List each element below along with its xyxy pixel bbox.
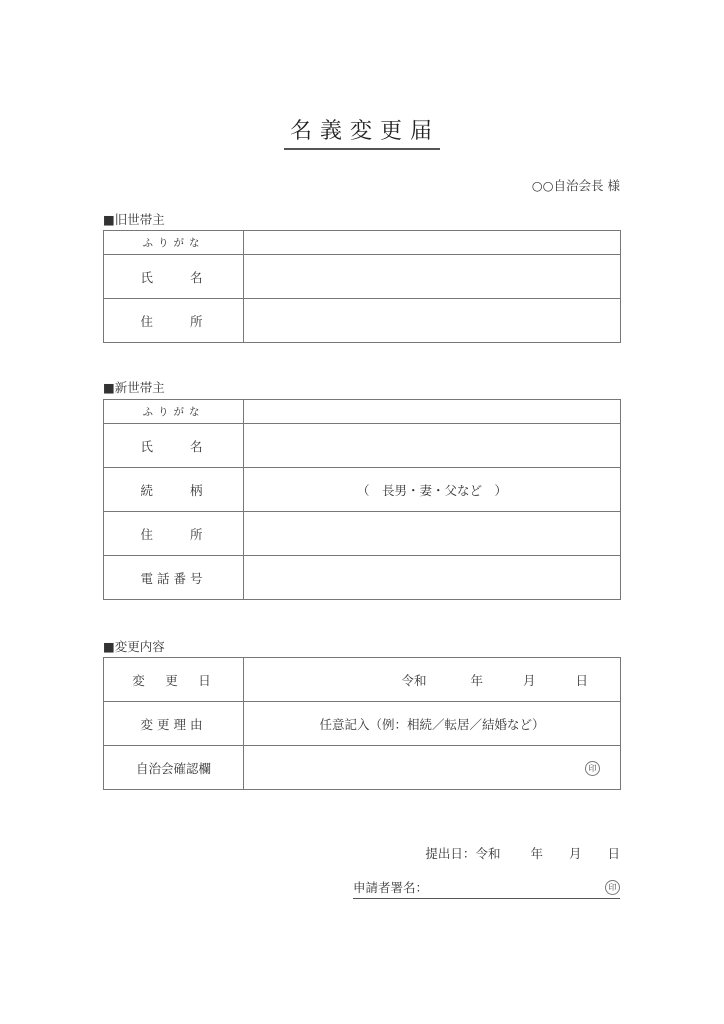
change-section-label: ■変更内容 [103, 637, 165, 655]
change-reason-field[interactable]: 任意記入（例：相続／転居／結婚など） [244, 702, 621, 746]
change-reason-label: 変更理由 [104, 702, 244, 746]
phone-label: 電話番号 [104, 556, 244, 600]
applicant-signature-line[interactable]: 申請者署名： 印 [353, 878, 620, 899]
old-head-table: ふりがな 氏 名 住 所 [103, 230, 621, 343]
change-date-month: 月 [523, 671, 536, 689]
submit-date: 提出日：令和年月日 [425, 844, 620, 862]
old-name-field[interactable] [244, 255, 621, 299]
document-title: 名義変更届 [284, 118, 440, 150]
relationship-field[interactable]: （ 長男・妻・父など ） [244, 468, 621, 512]
change-table: 変 更 日 令和 年 月 日 変更理由 任意記入（例：相続／転居／結婚など） 自… [103, 657, 621, 790]
submit-date-day: 日 [607, 846, 620, 861]
association-confirm-field[interactable]: 印 [244, 746, 621, 790]
new-furigana-label: ふりがな [104, 400, 244, 424]
new-head-section-label: ■新世帯主 [103, 378, 165, 396]
submit-date-label: 提出日： [425, 846, 475, 861]
new-name-field[interactable] [244, 424, 621, 468]
old-furigana-field[interactable] [244, 231, 621, 255]
new-head-table: ふりがな 氏 名 続 柄 （ 長男・妻・父など ） 住 所 電話番号 [103, 399, 621, 600]
change-date-field[interactable]: 令和 年 月 日 [244, 658, 621, 702]
new-address-label: 住 所 [104, 512, 244, 556]
change-date-era: 令和 [401, 671, 426, 689]
association-confirm-label: 自治会確認欄 [104, 746, 244, 790]
signature-seal-icon: 印 [605, 880, 620, 895]
submit-date-month: 月 [569, 846, 582, 861]
relationship-label: 続 柄 [104, 468, 244, 512]
old-head-section-label: ■旧世帯主 [103, 210, 165, 228]
old-furigana-label: ふりがな [104, 231, 244, 255]
new-address-field[interactable] [244, 512, 621, 556]
old-address-field[interactable] [244, 299, 621, 343]
change-date-day: 日 [575, 671, 588, 689]
new-name-label: 氏 名 [104, 424, 244, 468]
signature-label: 申請者署名： [353, 878, 428, 896]
seal-icon: 印 [585, 761, 600, 776]
change-date-year: 年 [470, 671, 483, 689]
submit-date-year: 年 [530, 846, 543, 861]
new-furigana-field[interactable] [244, 400, 621, 424]
addressee: ○○自治会長 様 [532, 176, 620, 194]
old-address-label: 住 所 [104, 299, 244, 343]
old-name-label: 氏 名 [104, 255, 244, 299]
document-title-wrap: 名義変更届 [0, 118, 724, 150]
phone-field[interactable] [244, 556, 621, 600]
submit-date-era: 令和 [475, 846, 500, 861]
change-date-label: 変 更 日 [104, 658, 244, 702]
